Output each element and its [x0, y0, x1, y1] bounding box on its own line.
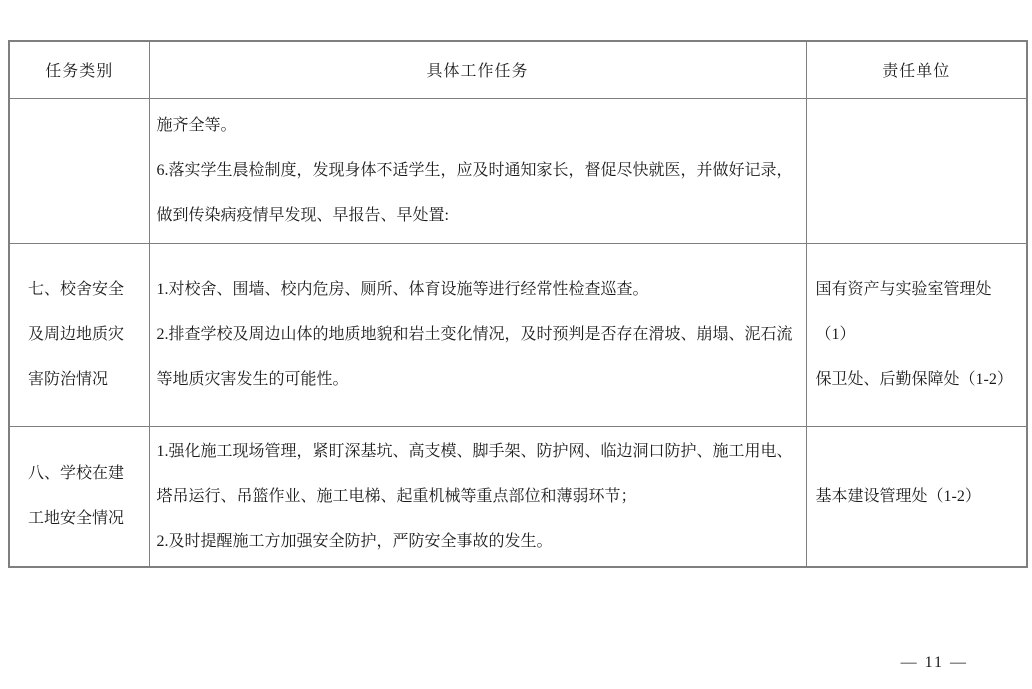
table-header-row: 任务类别 具体工作任务 责任单位	[9, 41, 1027, 98]
category-cell: 七、校舍安全及周边地质灾害防治情况	[9, 243, 149, 426]
unit-cell	[806, 98, 1027, 243]
tasks-cell: 施齐全等。 6.落实学生晨检制度，发现身体不适学生，应及时通知家长，督促尽快就医…	[149, 98, 806, 243]
category-cell: 八、学校在建工地安全情况	[9, 426, 149, 567]
category-cell	[9, 98, 149, 243]
document-page: 任务类别 具体工作任务 责任单位 施齐全等。 6.落实学生晨检制度，发现身体不适…	[0, 0, 1032, 689]
header-specific-tasks: 具体工作任务	[149, 41, 806, 98]
table-row-continuation: 施齐全等。 6.落实学生晨检制度，发现身体不适学生，应及时通知家长，督促尽快就医…	[9, 98, 1027, 243]
header-responsible-unit: 责任单位	[806, 41, 1027, 98]
page-number: — 11 —	[901, 652, 968, 674]
tasks-cell: 1.对校舍、围墙、校内危房、厕所、体育设施等进行经常性检查巡查。 2.排查学校及…	[149, 243, 806, 426]
table-row-construction-site-safety: 八、学校在建工地安全情况 1.强化施工现场管理，紧盯深基坑、高支模、脚手架、防护…	[9, 426, 1027, 567]
header-task-category: 任务类别	[9, 41, 149, 98]
tasks-cell: 1.强化施工现场管理，紧盯深基坑、高支模、脚手架、防护网、临边洞口防护、施工用电…	[149, 426, 806, 567]
table-row-campus-geology-safety: 七、校舍安全及周边地质灾害防治情况 1.对校舍、围墙、校内危房、厕所、体育设施等…	[9, 243, 1027, 426]
task-table: 任务类别 具体工作任务 责任单位 施齐全等。 6.落实学生晨检制度，发现身体不适…	[8, 40, 1028, 568]
unit-cell: 基本建设管理处（1-2）	[806, 426, 1027, 567]
unit-cell: 国有资产与实验室管理处（1） 保卫处、后勤保障处（1-2）	[806, 243, 1027, 426]
